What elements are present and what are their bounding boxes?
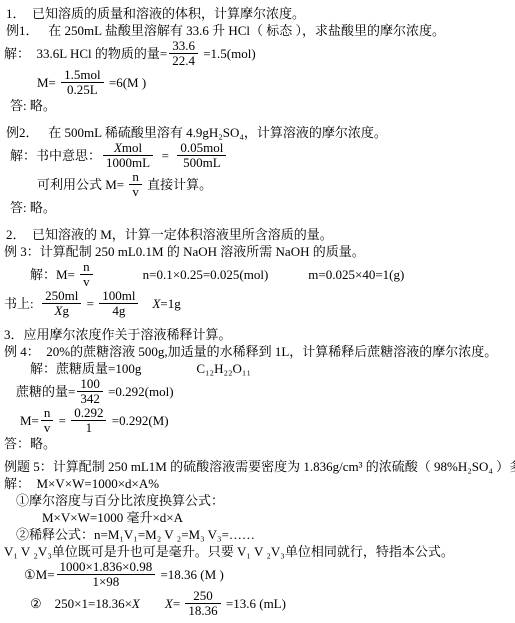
fraction-denominator: Xg xyxy=(42,304,81,318)
molarity-result: =6(M ) xyxy=(106,74,147,91)
calc2-result: =13.6 (mL) xyxy=(223,595,286,612)
example3-book-line: 书上: 250ml Xg = 100ml 4g X=1g xyxy=(2,289,513,318)
fraction-denominator: 4g xyxy=(99,304,138,318)
fraction-numerator: 0.292 xyxy=(71,406,106,421)
fraction-numerator: 100 xyxy=(77,377,103,392)
fraction-numerator: n xyxy=(129,170,142,185)
example1-title: 例1． 在 250mL 盐酸里溶解有 33.6 升 HCl（ 标态 ），求盐酸里… xyxy=(2,22,513,39)
example1-answer: 答: 略。 xyxy=(2,97,513,114)
example4-title-text: 例 4： 20%的蔗糖溶液 500g,加适量的水稀释到 1L，计算稀释后蔗糖溶液… xyxy=(4,343,497,360)
variable-x: X xyxy=(165,596,173,611)
section1-heading: 1． 已知溶质的质量和溶液的体积，计算摩尔浓度。 xyxy=(2,5,513,22)
fraction-denominator: 18.36 xyxy=(185,604,220,618)
example3-solution-line: 解：M= n v n=0.1×0.25=0.025(mol) m=0.025×4… xyxy=(2,260,513,289)
fraction: n v xyxy=(80,260,93,289)
note-text: V₁ V ₂V₃单位既可是升也可是毫升。只要 V₁ V ₂V₃单位相同就行，特指… xyxy=(4,543,454,560)
fraction: 0.05mol 500mL xyxy=(177,141,226,170)
example2-answer: 答: 略。 xyxy=(2,199,513,216)
fraction-denominator: v xyxy=(80,275,93,289)
fraction: 1000×1.836×0.98 1×98 xyxy=(57,560,156,589)
fraction-denominator: 1 xyxy=(71,421,106,435)
calc1-result: =18.36 (M ) xyxy=(157,566,224,583)
item2-text: ②稀释公式：n=M₁V₁=M₂ V ₂=M₃ V₃=…… xyxy=(16,526,255,543)
fraction-denominator: 0.25L xyxy=(61,83,103,97)
equals-sign: = xyxy=(155,147,175,164)
example3-title-text: 例 3：计算配制 250 mL0.1M 的 NaOH 溶液所需 NaOH 的质量… xyxy=(4,243,365,260)
section2-heading: 2． 已知溶液的 M，计算一定体积溶液里所含溶质的量。 xyxy=(2,226,513,243)
example4-molarity-line: M= n v = 0.292 1 =0.292(M) xyxy=(2,406,513,435)
heading-text: 2． 已知溶液的 M，计算一定体积溶液里所含溶质的量。 xyxy=(6,226,333,243)
fraction-numerator: 0.05mol xyxy=(177,141,226,156)
heading-text: 1． 已知溶质的质量和溶液的体积，计算摩尔浓度。 xyxy=(6,5,305,22)
solution-text: 解： M×V×W=1000×d×A% xyxy=(4,475,159,492)
section3-heading: 3．应用摩尔浓度作关于溶液稀释计算。 xyxy=(2,326,513,343)
solution-prefix: 解： 33.6L HCl 的物质的量= xyxy=(4,45,167,62)
molarity-result: =0.292(M) xyxy=(108,412,168,429)
fraction: 33.6 22.4 xyxy=(169,39,198,68)
example1-title-text: 例1． 在 250mL 盐酸里溶解有 33.6 升 HCl（ 标态 ），求盐酸里… xyxy=(6,22,445,39)
example5-item2: ②稀释公式：n=M₁V₁=M₂ V ₂=M₃ V₃=…… xyxy=(2,526,513,543)
variable-x: X xyxy=(132,595,140,612)
example5-calc1-line: ①M= 1000×1.836×0.98 1×98 =18.36 (M ) xyxy=(2,560,513,589)
variable-x: X xyxy=(114,140,122,155)
solution-prefix: 解：书中意思： xyxy=(10,147,101,164)
fraction-numerator: 100ml xyxy=(99,289,138,304)
section-gap xyxy=(2,216,513,226)
fraction: n v xyxy=(129,170,142,199)
answer-text: 答：略。 xyxy=(4,435,56,452)
example5-title-text: 例题 5：计算配制 250 mL1M 的硫酸溶液需要密度为 1.836g/cm³… xyxy=(4,458,515,475)
answer-text: 答: 略。 xyxy=(10,199,56,216)
equals-sign: = xyxy=(55,412,69,429)
example1-solution-line: 解： 33.6L HCl 的物质的量= 33.6 22.4 =1.5(mol) xyxy=(2,39,513,68)
fraction-denominator: 1×98 xyxy=(57,575,156,589)
fraction: 100 342 xyxy=(77,377,103,406)
sucrose-formula: C₁₂H₂₂O₁₁ xyxy=(196,360,251,377)
fraction-denominator: v xyxy=(41,421,54,435)
amount-result: =0.292(mol) xyxy=(105,383,174,400)
example4-title: 例 4： 20%的蔗糖溶液 500g,加适量的水稀释到 1L，计算稀释后蔗糖溶液… xyxy=(2,343,513,360)
fraction-numerator: 1.5mol xyxy=(61,68,103,83)
fraction: n v xyxy=(41,406,54,435)
equals-sign: = xyxy=(83,295,97,312)
book-prefix: 书上: xyxy=(4,295,40,312)
calc2-prefix: ② 250×1=18.36× xyxy=(30,595,132,612)
example5-item1: ①摩尔溶度与百分比浓度换算公式： xyxy=(2,492,513,509)
numerator-unit: mol xyxy=(122,140,142,155)
fraction: 1.5mol 0.25L xyxy=(61,68,103,97)
equals-text: = xyxy=(173,596,184,611)
calc1-prefix: ①M= xyxy=(24,566,55,583)
solution-prefix: 解：M= xyxy=(30,266,78,283)
formula1-text: M×V×W=1000 毫升×d×A xyxy=(42,509,183,526)
fraction-denominator: 500mL xyxy=(177,156,226,170)
example2-formula-line: 可利用公式 M= n v 直接计算。 xyxy=(2,170,513,199)
example5-note: V₁ V ₂V₃单位既可是升也可是毫升。只要 V₁ V ₂V₃单位相同就行，特指… xyxy=(2,543,513,560)
example2-solution-line: 解：书中意思： Xmol 1000mL = 0.05mol 500mL xyxy=(2,141,513,170)
example4-answer: 答：略。 xyxy=(2,435,513,452)
x-equation: X= xyxy=(165,595,184,612)
mass-text: 解：蔗糖质量=100g xyxy=(30,360,141,377)
fraction: 250 18.36 xyxy=(185,589,220,618)
example4-amount-line: 蔗糖的量= 100 342 =0.292(mol) xyxy=(2,377,513,406)
molarity-prefix: M= xyxy=(20,412,39,429)
example2-title: 例2． 在 500mL 稀硫酸里溶有 4.9gH₂SO₄，计算溶液的摩尔浓度。 xyxy=(2,124,513,141)
fraction: 250ml Xg xyxy=(42,289,81,318)
chemistry-notes-document: 1． 已知溶质的质量和溶液的体积，计算摩尔浓度。 例1． 在 250mL 盐酸里… xyxy=(0,0,515,618)
item1-text: ①摩尔溶度与百分比浓度换算公式： xyxy=(16,492,224,509)
fraction: Xmol 1000mL xyxy=(103,141,153,170)
x-result: =1g xyxy=(160,296,180,311)
fraction-denominator: 22.4 xyxy=(169,54,198,68)
fraction-numerator: 250 xyxy=(185,589,220,604)
formula-prefix: 可利用公式 M= xyxy=(37,176,127,193)
fraction-numerator: 1000×1.836×0.98 xyxy=(57,560,156,575)
section-gap xyxy=(2,114,513,124)
fraction-numerator: n xyxy=(41,406,54,421)
example5-formula1: M×V×W=1000 毫升×d×A xyxy=(2,509,513,526)
fraction-numerator: 250ml xyxy=(42,289,81,304)
fraction-numerator: 33.6 xyxy=(169,39,198,54)
fraction: 0.292 1 xyxy=(71,406,106,435)
molarity-prefix: M= xyxy=(37,74,59,91)
fraction-numerator: Xmol xyxy=(103,141,153,156)
denominator-unit: g xyxy=(62,303,69,318)
fraction-denominator: 342 xyxy=(77,392,103,406)
mass-calculation: m=0.025×40=1(g) xyxy=(308,266,404,283)
example5-title: 例题 5：计算配制 250 mL1M 的硫酸溶液需要密度为 1.836g/cm³… xyxy=(2,458,513,475)
section-gap xyxy=(2,318,513,326)
example5-calc2-line: ② 250×1=18.36× X X= 250 18.36 =13.6 (mL) xyxy=(2,589,513,618)
fraction-denominator: v xyxy=(129,185,142,199)
example2-title-text: 例2． 在 500mL 稀硫酸里溶有 4.9gH₂SO₄，计算溶液的摩尔浓度。 xyxy=(6,124,387,141)
solution-result: =1.5(mol) xyxy=(200,45,256,62)
fraction: 100ml 4g xyxy=(99,289,138,318)
example1-molarity-line: M= 1.5mol 0.25L =6(M ) xyxy=(2,68,513,97)
answer-text: 答: 略。 xyxy=(10,97,56,114)
x-solution: X=1g xyxy=(152,295,180,312)
moles-calculation: n=0.1×0.25=0.025(mol) xyxy=(143,266,269,283)
heading-text: 3．应用摩尔浓度作关于溶液稀释计算。 xyxy=(4,326,232,343)
example4-mass-line: 解：蔗糖质量=100g C₁₂H₂₂O₁₁ xyxy=(2,360,513,377)
fraction-numerator: n xyxy=(80,260,93,275)
example3-title: 例 3：计算配制 250 mL0.1M 的 NaOH 溶液所需 NaOH 的质量… xyxy=(2,243,513,260)
amount-prefix: 蔗糖的量= xyxy=(16,383,75,400)
fraction-denominator: 1000mL xyxy=(103,156,153,170)
formula-suffix: 直接计算。 xyxy=(144,176,212,193)
example5-solution-line: 解： M×V×W=1000×d×A% xyxy=(2,475,513,492)
